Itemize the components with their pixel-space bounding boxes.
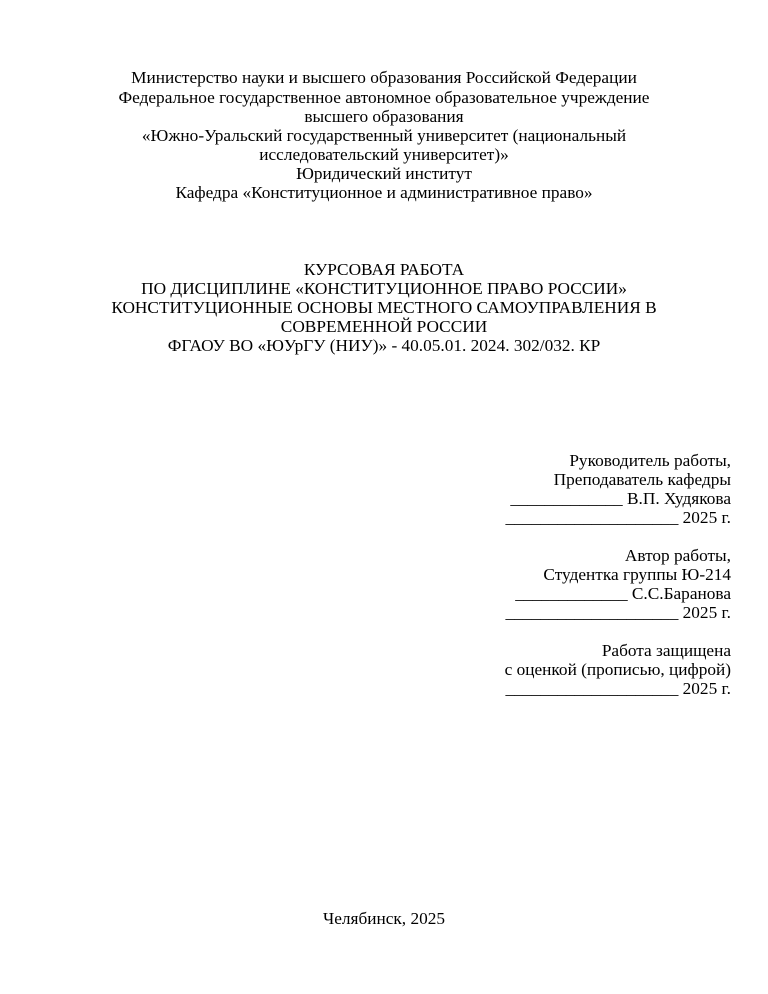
- city-year: Челябинск, 2025: [0, 909, 768, 928]
- institution-type-line-2: высшего образования: [0, 107, 768, 126]
- topic-line-1: КОНСТИТУЦИОННЫЕ ОСНОВЫ МЕСТНОГО САМОУПРА…: [0, 298, 768, 317]
- supervisor-signature: _____________ В.П. Худякова: [510, 489, 731, 508]
- supervisor-position: Преподаватель кафедры: [554, 470, 731, 489]
- institute-line: Юридический институт: [0, 164, 768, 183]
- author-group: Студентка группы Ю-214: [543, 565, 731, 584]
- university-name-line-2: исследовательский университет)»: [0, 145, 768, 164]
- department-line: Кафедра «Конституционное и административ…: [0, 183, 768, 202]
- author-role: Автор работы,: [625, 546, 731, 565]
- author-date: ____________________ 2025 г.: [506, 603, 731, 622]
- defense-grade: с оценкой (прописью, цифрой): [505, 660, 731, 679]
- topic-line-2: СОВРЕМЕННОЙ РОССИИ: [0, 317, 768, 336]
- author-signature: _____________ С.С.Баранова: [515, 584, 731, 603]
- university-name-line: «Южно-Уральский государственный универси…: [0, 126, 768, 145]
- supervisor-role: Руководитель работы,: [569, 451, 731, 470]
- institution-type-line: Федеральное государственное автономное о…: [0, 88, 768, 107]
- discipline: ПО ДИСЦИПЛИНЕ «КОНСТИТУЦИОННОЕ ПРАВО РОС…: [0, 279, 768, 298]
- ministry-line: Министерство науки и высшего образования…: [0, 68, 768, 87]
- defense-status: Работа защищена: [602, 641, 731, 660]
- work-type: КУРСОВАЯ РАБОТА: [0, 260, 768, 279]
- defense-date: ____________________ 2025 г.: [506, 679, 731, 698]
- supervisor-date: ____________________ 2025 г.: [506, 508, 731, 527]
- document-code: ФГАОУ ВО «ЮУрГУ (НИУ)» - 40.05.01. 2024.…: [0, 336, 768, 355]
